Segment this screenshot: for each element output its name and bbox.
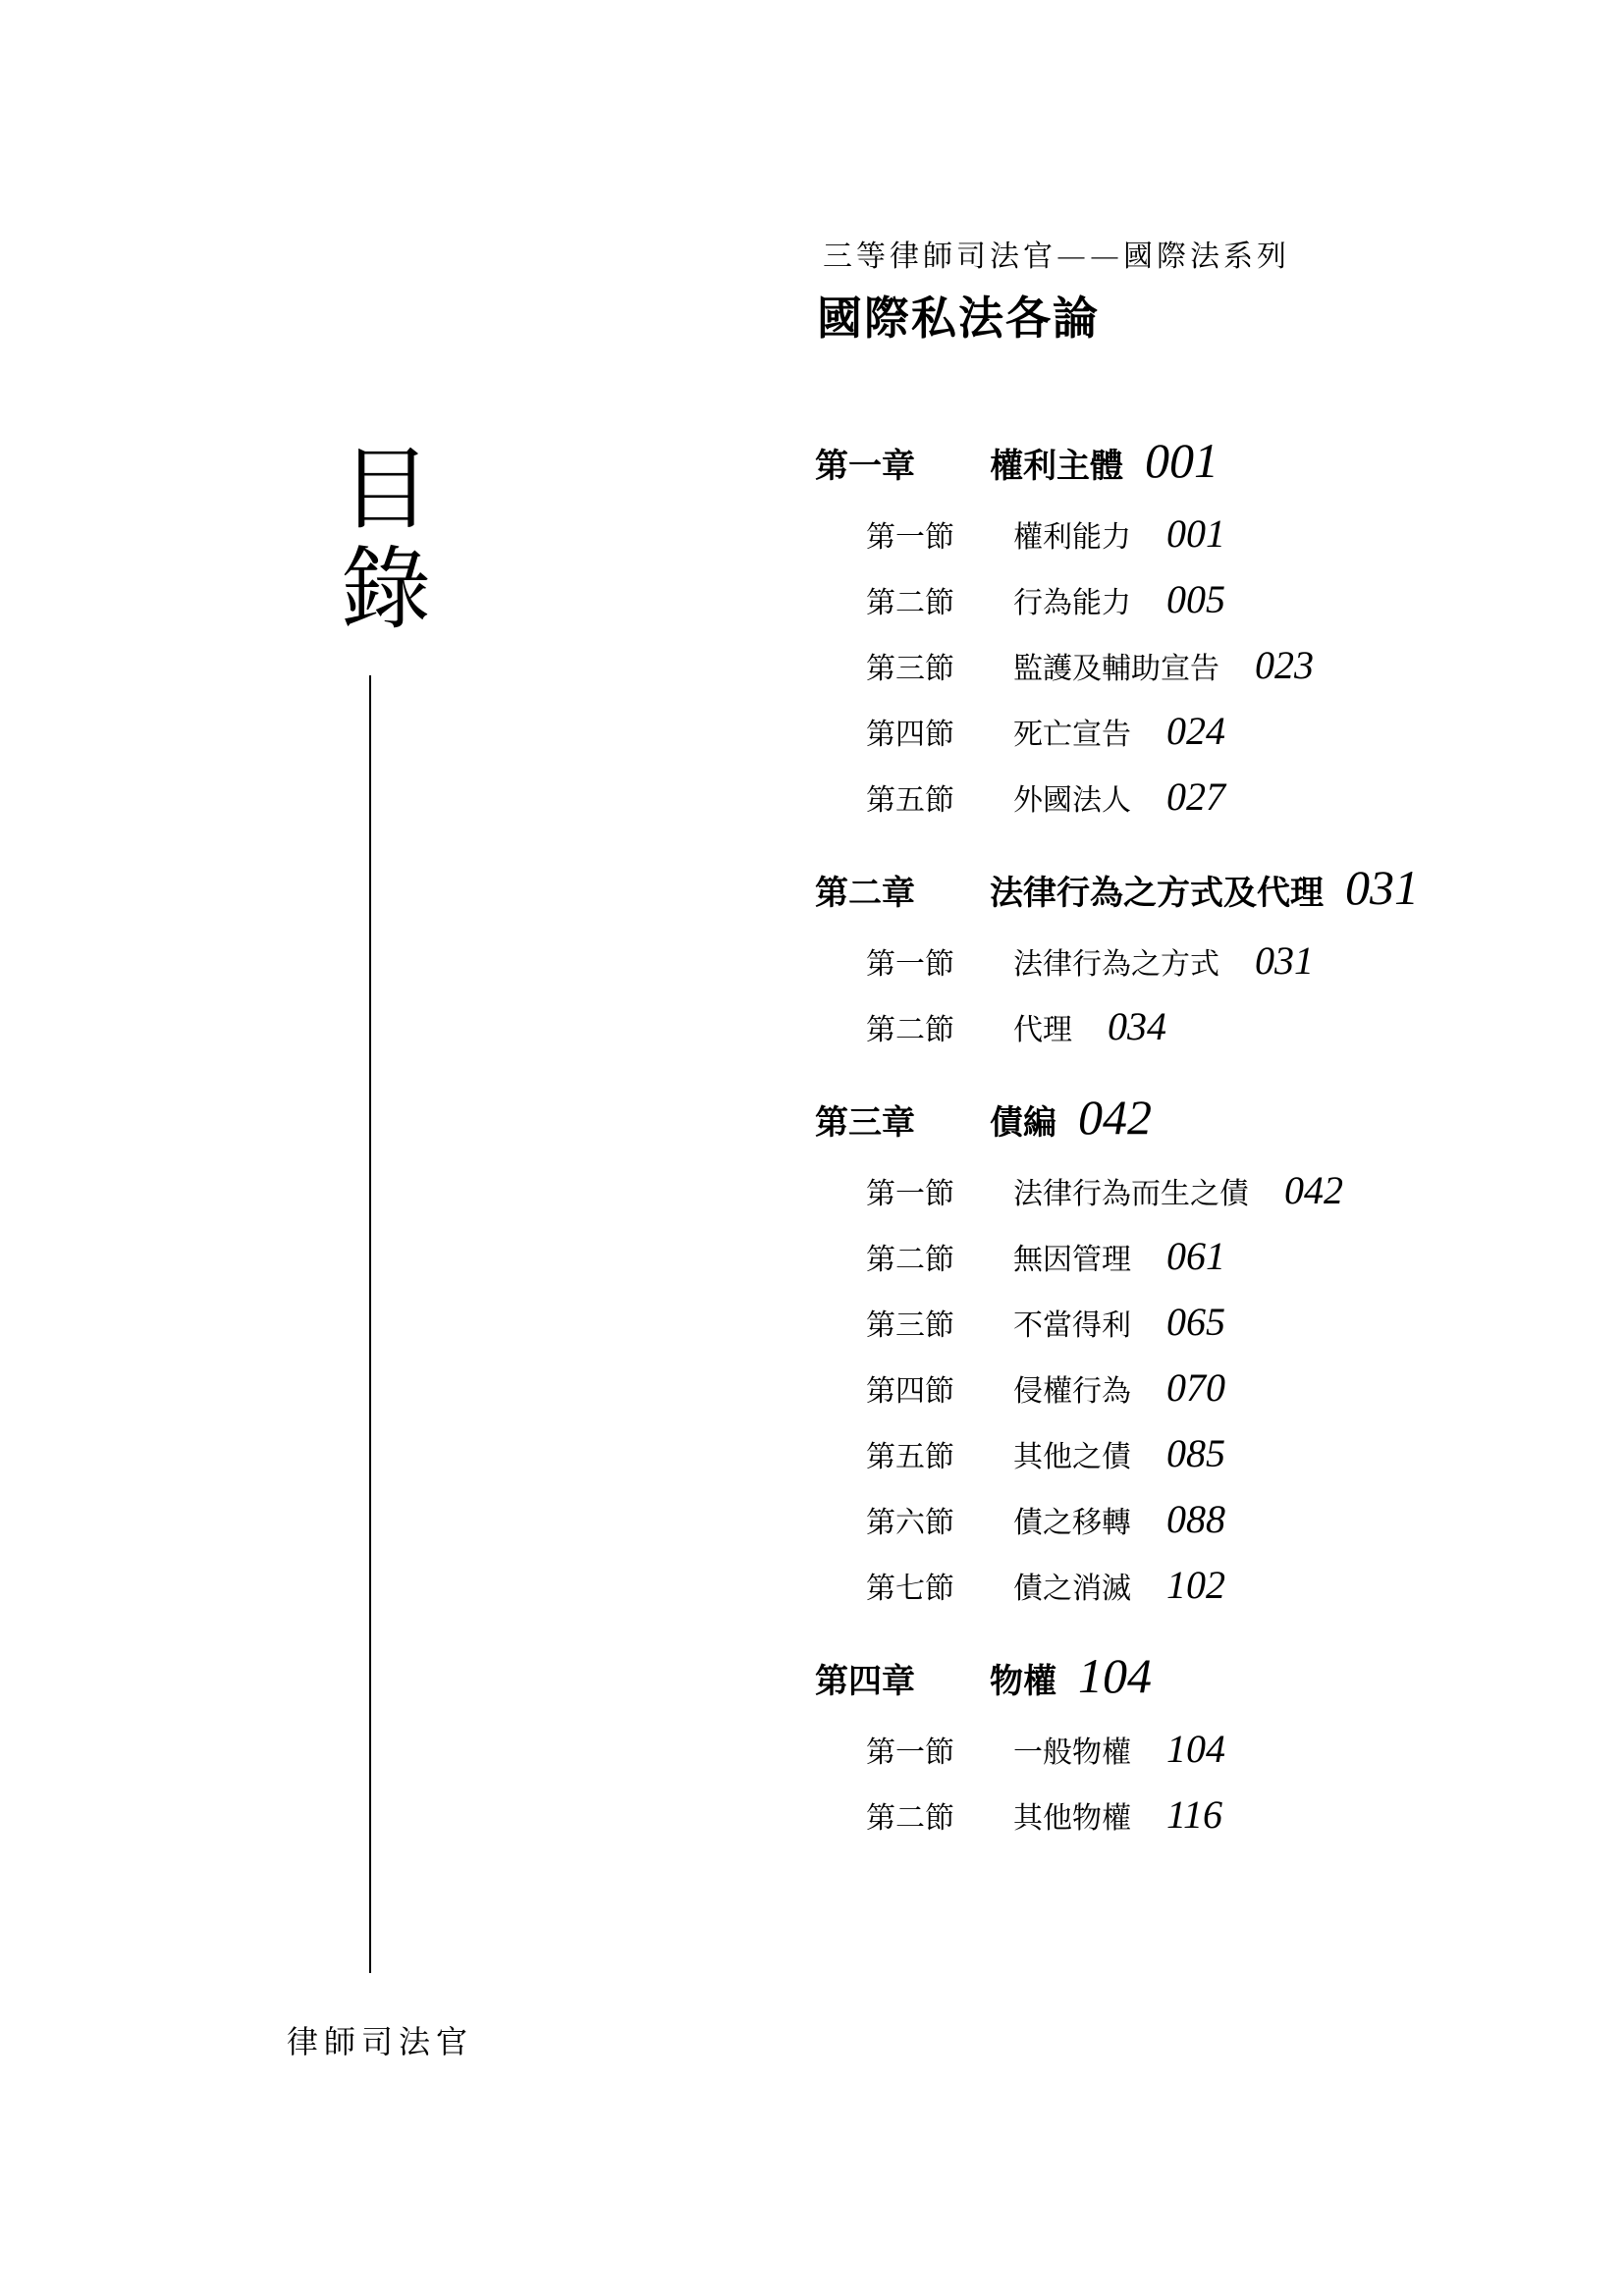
vertical-divider — [369, 675, 371, 1973]
chapter-page: 104 — [1078, 1647, 1152, 1704]
section-page: 116 — [1166, 1791, 1222, 1838]
chapter-number: 第一章 — [815, 439, 990, 487]
chapter-number: 第四章 — [815, 1654, 990, 1702]
section-entry[interactable]: 第三節監護及輔助宣告023 — [815, 642, 1561, 708]
section-title: 行為能力 — [1013, 578, 1131, 621]
chapter-block: 第一章 權利主體 001 第一節權利能力001 第二節行為能力005 第三節監護… — [815, 432, 1561, 839]
section-number: 第三節 — [866, 644, 1013, 687]
section-number: 第五節 — [866, 1432, 1013, 1475]
section-page: 023 — [1255, 642, 1314, 688]
section-page: 024 — [1166, 708, 1225, 754]
section-number: 第二節 — [866, 1793, 1013, 1837]
section-title: 代理 — [1013, 1005, 1072, 1048]
section-page: 005 — [1166, 576, 1225, 622]
section-number: 第二節 — [866, 578, 1013, 621]
chapter-page: 001 — [1145, 432, 1218, 489]
section-entry[interactable]: 第五節其他之債085 — [815, 1430, 1561, 1496]
section-page: 065 — [1166, 1299, 1225, 1345]
chapter-entry[interactable]: 第四章 物權 104 — [815, 1647, 1561, 1726]
section-title: 權利能力 — [1013, 512, 1131, 556]
section-page: 031 — [1255, 937, 1314, 984]
section-number: 第五節 — [866, 775, 1013, 819]
section-page: 027 — [1166, 774, 1225, 820]
section-entry[interactable]: 第一節法律行為之方式031 — [815, 937, 1561, 1003]
section-title: 監護及輔助宣告 — [1013, 644, 1219, 687]
section-title: 其他物權 — [1013, 1793, 1131, 1837]
chapter-title: 債編 — [990, 1095, 1056, 1144]
section-entry[interactable]: 第四節死亡宣告024 — [815, 708, 1561, 774]
section-number: 第一節 — [866, 512, 1013, 556]
section-entry[interactable]: 第六節債之移轉088 — [815, 1496, 1561, 1562]
section-entry[interactable]: 第一節法律行為而生之債042 — [815, 1167, 1561, 1233]
section-page: 042 — [1284, 1167, 1343, 1213]
section-page: 085 — [1166, 1430, 1225, 1476]
section-page: 061 — [1166, 1233, 1225, 1279]
section-entry[interactable]: 第一節權利能力001 — [815, 510, 1561, 576]
section-number: 第七節 — [866, 1564, 1013, 1607]
section-title: 其他之債 — [1013, 1432, 1131, 1475]
section-title: 死亡宣告 — [1013, 710, 1131, 753]
section-title: 不當得利 — [1013, 1301, 1131, 1344]
chapter-entry[interactable]: 第三章 債編 042 — [815, 1089, 1561, 1167]
section-entry[interactable]: 第四節侵權行為070 — [815, 1364, 1561, 1430]
section-number: 第三節 — [866, 1301, 1013, 1344]
chapter-title: 物權 — [990, 1654, 1056, 1702]
section-page: 001 — [1166, 510, 1225, 557]
chapter-entry[interactable]: 第一章 權利主體 001 — [815, 432, 1561, 510]
book-title: 國際私法各論 — [817, 283, 1100, 347]
section-number: 第四節 — [866, 710, 1013, 753]
chapter-title: 權利主體 — [990, 439, 1123, 487]
toc-heading-char: 錄 — [332, 540, 440, 640]
chapter-block: 第四章 物權 104 第一節一般物權104 第二節其他物權116 — [815, 1647, 1561, 1857]
chapter-number: 第三章 — [815, 1095, 990, 1144]
toc-heading: 目 錄 — [332, 440, 440, 640]
section-number: 第二節 — [866, 1235, 1013, 1278]
section-number: 第四節 — [866, 1366, 1013, 1410]
footer-label: 律師司法官 — [287, 2017, 473, 2062]
section-title: 無因管理 — [1013, 1235, 1131, 1278]
section-entry[interactable]: 第二節無因管理061 — [815, 1233, 1561, 1299]
section-title: 法律行為而生之債 — [1013, 1169, 1249, 1212]
section-number: 第二節 — [866, 1005, 1013, 1048]
chapter-number: 第二章 — [815, 866, 990, 914]
chapter-title: 法律行為之方式及代理 — [990, 866, 1324, 914]
section-page: 104 — [1166, 1726, 1225, 1772]
section-entry[interactable]: 第三節不當得利065 — [815, 1299, 1561, 1364]
series-title: 三等律師司法官——國際法系列 — [823, 232, 1290, 275]
section-title: 法律行為之方式 — [1013, 939, 1219, 983]
section-entry[interactable]: 第二節代理034 — [815, 1003, 1561, 1069]
section-entry[interactable]: 第七節債之消滅102 — [815, 1562, 1561, 1628]
section-title: 債之移轉 — [1013, 1498, 1131, 1541]
toc-heading-char: 目 — [332, 440, 440, 540]
section-page: 102 — [1166, 1562, 1225, 1608]
chapter-block: 第二章 法律行為之方式及代理 031 第一節法律行為之方式031 第二節代理03… — [815, 859, 1561, 1069]
section-number: 第六節 — [866, 1498, 1013, 1541]
chapter-entry[interactable]: 第二章 法律行為之方式及代理 031 — [815, 859, 1561, 937]
section-entry[interactable]: 第二節其他物權116 — [815, 1791, 1561, 1857]
section-entry[interactable]: 第二節行為能力005 — [815, 576, 1561, 642]
chapter-page: 042 — [1078, 1089, 1152, 1146]
table-of-contents: 第一章 權利主體 001 第一節權利能力001 第二節行為能力005 第三節監護… — [815, 432, 1561, 1877]
section-title: 債之消滅 — [1013, 1564, 1131, 1607]
section-title: 外國法人 — [1013, 775, 1131, 819]
section-page: 088 — [1166, 1496, 1225, 1542]
section-number: 第一節 — [866, 939, 1013, 983]
section-page: 070 — [1166, 1364, 1225, 1411]
section-number: 第一節 — [866, 1728, 1013, 1771]
section-number: 第一節 — [866, 1169, 1013, 1212]
section-entry[interactable]: 第一節一般物權104 — [815, 1726, 1561, 1791]
chapter-page: 031 — [1345, 859, 1419, 916]
section-title: 一般物權 — [1013, 1728, 1131, 1771]
section-title: 侵權行為 — [1013, 1366, 1131, 1410]
chapter-block: 第三章 債編 042 第一節法律行為而生之債042 第二節無因管理061 第三節… — [815, 1089, 1561, 1628]
section-entry[interactable]: 第五節外國法人027 — [815, 774, 1561, 839]
section-page: 034 — [1108, 1003, 1166, 1049]
